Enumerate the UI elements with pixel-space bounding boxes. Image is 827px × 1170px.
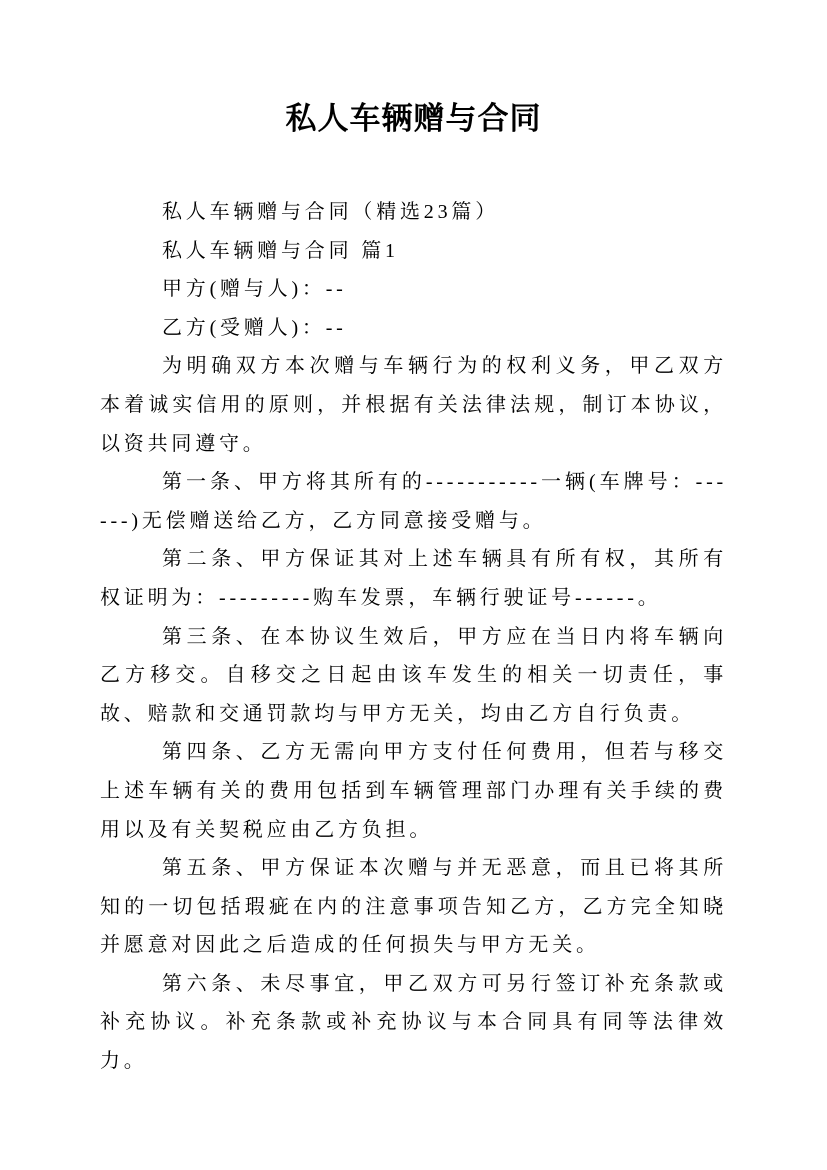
contract-paragraph: 私人车辆赠与合同（精选23篇） bbox=[100, 193, 727, 232]
document-page: 私人车辆赠与合同 私人车辆赠与合同（精选23篇）私人车辆赠与合同 篇1甲方(赠与… bbox=[0, 0, 827, 1170]
contract-paragraph: 私人车辆赠与合同 篇1 bbox=[100, 232, 727, 271]
contract-paragraph: 第五条、甲方保证本次赠与并无恶意，而且已将其所知的一切包括瑕疵在内的注意事项告知… bbox=[100, 849, 727, 965]
contract-paragraph: 第二条、甲方保证其对上述车辆具有所有权，其所有权证明为：---------购车发… bbox=[100, 540, 727, 617]
contract-paragraph: 第一条、甲方将其所有的-----------一辆(车牌号：------)无偿赠送… bbox=[100, 463, 727, 540]
document-body: 私人车辆赠与合同（精选23篇）私人车辆赠与合同 篇1甲方(赠与人)：--乙方(受… bbox=[100, 193, 727, 1081]
contract-paragraph: 第六条、未尽事宜，甲乙双方可另行签订补充条款或补充协议。补充条款或补充协议与本合… bbox=[100, 965, 727, 1081]
contract-paragraph: 第四条、乙方无需向甲方支付任何费用，但若与移交上述车辆有关的费用包括到车辆管理部… bbox=[100, 733, 727, 849]
contract-paragraph: 乙方(受赠人)：-- bbox=[100, 309, 727, 348]
contract-paragraph: 甲方(赠与人)：-- bbox=[100, 270, 727, 309]
contract-paragraph: 为明确双方本次赠与车辆行为的权利义务，甲乙双方本着诚实信用的原则，并根据有关法律… bbox=[100, 347, 727, 463]
document-title: 私人车辆赠与合同 bbox=[0, 0, 827, 137]
contract-paragraph: 第三条、在本协议生效后，甲方应在当日内将车辆向乙方移交。自移交之日起由该车发生的… bbox=[100, 618, 727, 734]
